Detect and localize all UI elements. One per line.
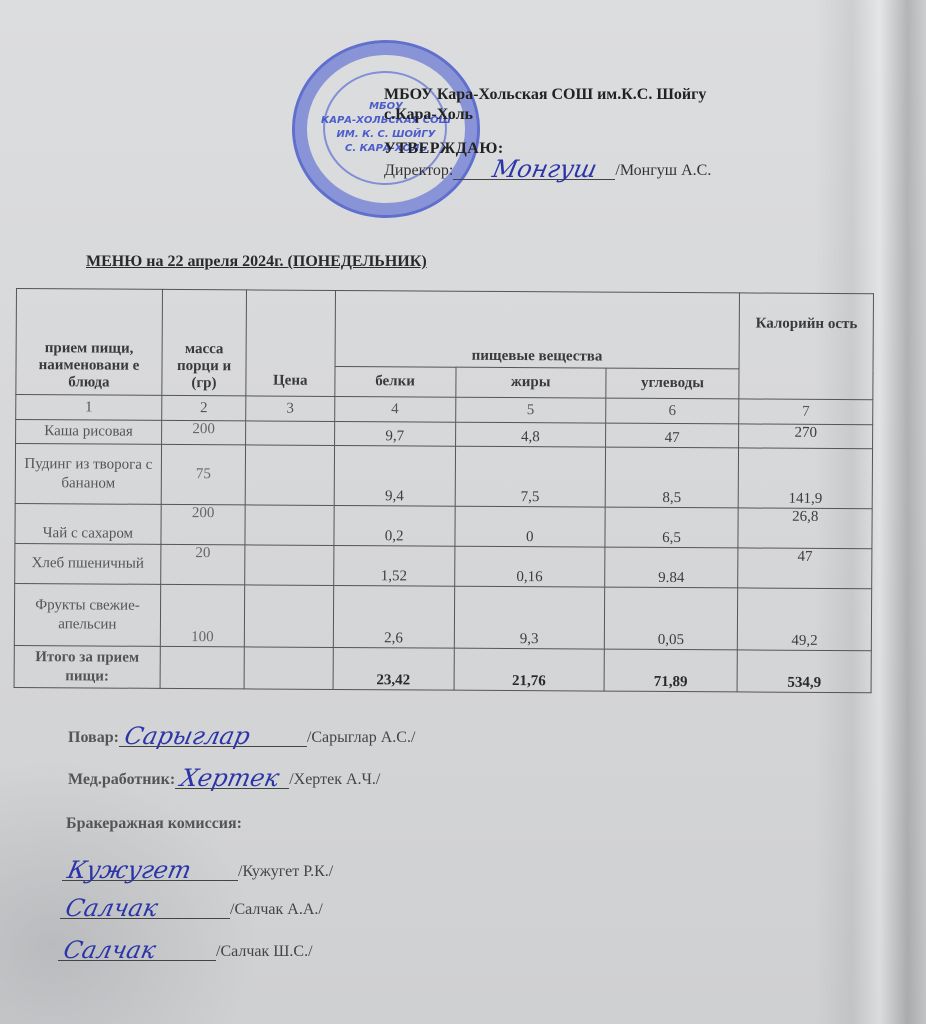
director-label: Директор: xyxy=(384,162,453,180)
column-number: 5 xyxy=(455,397,605,423)
commission-member-line: Салчак /Салчак А.А./ xyxy=(60,900,323,919)
dish-name: Хлеб пшеничный xyxy=(15,543,161,584)
dish-fats: 9,3 xyxy=(454,586,604,649)
dish-carbs: 6,5 xyxy=(605,507,739,548)
commission-member-line: Салчак /Салчак Ш.С./ xyxy=(58,942,313,961)
dish-fats: 7,5 xyxy=(455,446,605,507)
menu-title: МЕНЮ на 22 апреля 2024г. (ПОНЕДЕЛЬНИК) xyxy=(86,253,427,271)
table-row: Хлеб пшеничный 20 1,52 0,16 9.84 47 xyxy=(15,543,872,588)
dish-proteins: 9,7 xyxy=(334,421,455,446)
signature-field: Сарыглар xyxy=(119,728,307,747)
dish-price xyxy=(244,585,333,648)
total-carbs: 71,89 xyxy=(604,649,738,692)
cook-name: /Сарыглар А.С./ xyxy=(307,729,415,747)
director-name: /Монгуш А.С. xyxy=(615,162,711,180)
column-number: 2 xyxy=(162,395,246,421)
total-proteins: 23,42 xyxy=(333,647,455,690)
dish-mass: 200 xyxy=(161,504,245,545)
total-mass xyxy=(160,646,245,689)
village-name: с.Кара-Холь xyxy=(384,106,473,124)
dish-fats: 4,8 xyxy=(455,422,605,447)
dish-mass: 200 xyxy=(161,420,245,445)
dish-calories: 49,2 xyxy=(738,588,872,651)
dish-calories: 141,9 xyxy=(739,448,873,509)
dish-price xyxy=(245,545,334,586)
signature-field: Монгуш xyxy=(453,161,615,180)
school-stamp: МБОУ КАРА-ХОЛЬСКАЯ СОШ ИМ. К. С. ШОЙГУ С… xyxy=(292,40,480,218)
column-number: 3 xyxy=(246,396,335,422)
dish-carbs: 9.84 xyxy=(604,547,738,588)
dish-calories: 26,8 xyxy=(738,508,872,549)
dish-mass: 75 xyxy=(161,444,246,505)
director-signature-line: Директор: Монгуш /Монгуш А.С. xyxy=(384,161,711,180)
director-signature: Монгуш xyxy=(490,155,600,183)
dish-mass: 20 xyxy=(161,544,245,585)
signature-field: Салчак xyxy=(58,942,216,961)
dish-proteins: 9,4 xyxy=(334,445,456,506)
cook-label: Повар: xyxy=(68,729,119,747)
member-signature: Кужугет xyxy=(65,856,194,884)
dish-mass: 100 xyxy=(160,584,245,647)
medic-name: /Хертек А.Ч./ xyxy=(289,771,380,789)
dish-proteins: 0,2 xyxy=(333,505,454,546)
column-number: 1 xyxy=(16,395,162,421)
member-signature: Салчак xyxy=(61,936,158,964)
header-fats: жиры xyxy=(456,367,606,398)
shadow xyxy=(0,760,260,1024)
organization-name: МБОУ Кара-Хольская СОШ им.К.С. Шойгу xyxy=(384,86,706,104)
column-number: 6 xyxy=(605,398,739,424)
cook-signature-line: Повар: Сарыглар /Сарыглар А.С./ xyxy=(68,728,415,747)
member-name: /Салчак А.А./ xyxy=(230,901,323,919)
menu-table: прием пищи, наименовани е блюда масса по… xyxy=(14,288,874,693)
dish-fats: 0,16 xyxy=(454,546,604,587)
table-row: Чай с сахаром 200 0,2 0 6,5 26,8 xyxy=(15,503,872,548)
signature-field: Хертек xyxy=(175,770,289,789)
member-name: /Салчак Ш.С./ xyxy=(216,943,313,961)
header-mass: масса порци и (гр) xyxy=(162,289,247,396)
total-price xyxy=(244,647,333,690)
dish-price xyxy=(246,421,335,446)
table-row: Пудинг из творога с бананом 75 9,4 7,5 8… xyxy=(15,444,872,509)
dish-carbs: 0,05 xyxy=(604,587,738,650)
dish-carbs: 47 xyxy=(605,423,739,448)
signature-field: Кужугет xyxy=(62,862,238,881)
header-calories: Калорийн ость xyxy=(739,293,873,400)
dish-name: Фрукты свежие- апельсин xyxy=(14,583,160,646)
header-proteins: белки xyxy=(334,366,455,397)
dish-name: Каша рисовая xyxy=(16,420,162,445)
header-dish-name: прием пищи, наименовани е блюда xyxy=(16,289,163,396)
signature-field: Салчак xyxy=(60,900,230,919)
commission-label: Бракеражная комиссия: xyxy=(66,815,242,833)
dish-proteins: 1,52 xyxy=(333,545,454,586)
total-calories: 534,9 xyxy=(737,650,871,693)
column-number: 7 xyxy=(739,399,873,425)
dish-price xyxy=(245,505,334,546)
medic-signature: Хертек xyxy=(178,764,282,792)
approve-label: УТВЕРЖДАЮ: xyxy=(384,140,504,158)
member-signature: Салчак xyxy=(63,894,160,922)
dish-fats: 0 xyxy=(455,506,605,547)
dish-carbs: 8,5 xyxy=(605,447,739,508)
total-fats: 21,76 xyxy=(454,648,604,691)
dish-price xyxy=(245,445,334,506)
header-carbs: углеводы xyxy=(606,368,740,399)
medic-signature-line: Мед.работник: Хертек /Хертек А.Ч./ xyxy=(68,770,380,789)
medic-label: Мед.работник: xyxy=(68,771,175,789)
dish-name: Пудинг из творога с бананом xyxy=(15,444,161,505)
total-row: Итого за прием пищи: 23,42 21,76 71,89 5… xyxy=(14,645,871,692)
commission-member-line: Кужугет /Кужугет Р.К./ xyxy=(62,862,333,881)
cook-signature: Сарыглар xyxy=(122,722,253,750)
dish-name: Чай с сахаром xyxy=(15,503,161,544)
dish-calories: 47 xyxy=(738,548,872,589)
dish-calories: 270 xyxy=(739,424,873,449)
header-nutrients: пищевые вещества xyxy=(335,290,740,368)
dish-proteins: 2,6 xyxy=(333,585,455,648)
header-price: Цена xyxy=(246,290,335,397)
member-name: /Кужугет Р.К./ xyxy=(238,863,333,881)
total-label: Итого за прием пищи: xyxy=(14,645,160,688)
table-row: Фрукты свежие- апельсин 100 2,6 9,3 0,05… xyxy=(14,583,871,650)
column-number: 4 xyxy=(334,396,455,422)
